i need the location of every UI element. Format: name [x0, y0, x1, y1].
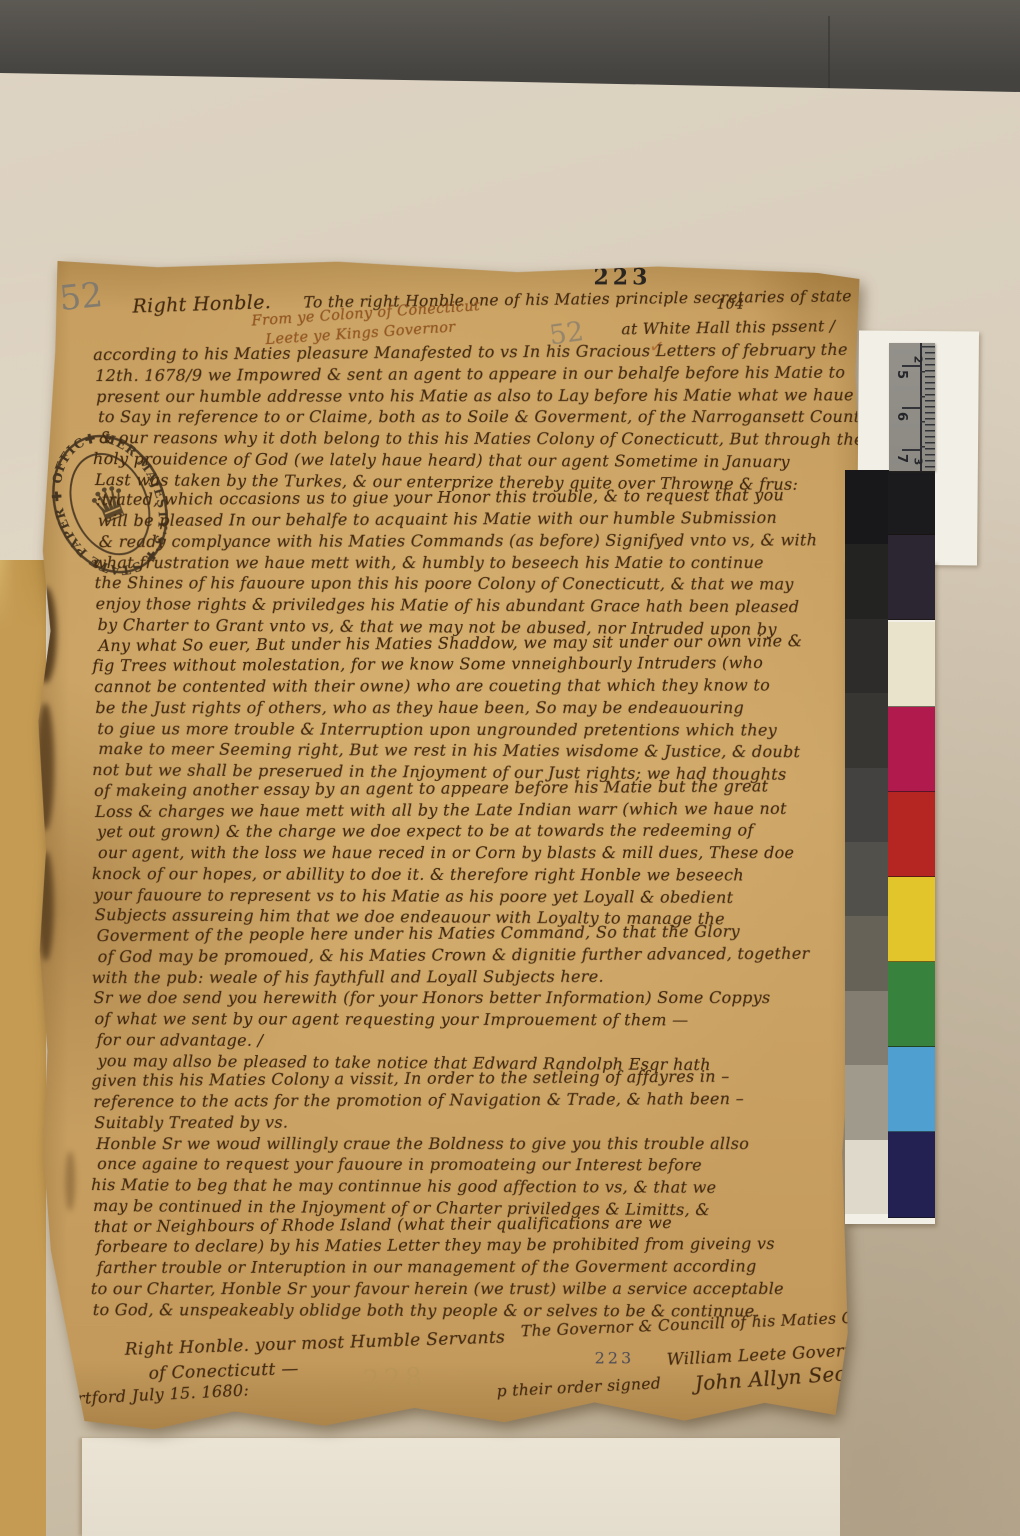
archive-photo-scene: 52 223 52 Right Honble. To the right Hon… — [0, 0, 1020, 1536]
manuscript-line: farther trouble or Interuption in our ma… — [97, 1256, 853, 1279]
letter-body: according to his Maties pleasure Manafes… — [91, 345, 856, 1322]
grayscale-step — [845, 544, 888, 618]
color-patch — [888, 535, 935, 620]
manuscript-line: enjoy those rights & priviledges his Mat… — [96, 594, 855, 618]
page-number-104: 104 — [716, 297, 744, 313]
manuscript-line: to giue us more trouble & Interruption u… — [97, 719, 854, 741]
color-patch — [888, 622, 935, 707]
color-patch — [888, 792, 935, 877]
manuscript-line: Loss & charges we haue mett with all by … — [95, 798, 854, 822]
manuscript-page: 52 223 52 Right Honble. To the right Hon… — [34, 251, 865, 1445]
grayscale-step — [845, 768, 888, 842]
manuscript-line: knock of our hopes, or abillity to doe i… — [92, 864, 854, 886]
manuscript-line: Suitably Treated by vs. — [94, 1111, 853, 1134]
bottom-backing-sheet — [82, 1438, 840, 1536]
manuscript-line: & our reasons why it doth belong to this… — [99, 428, 855, 450]
torn-edge-stain — [38, 851, 54, 961]
manuscript-page-wrap: 52 223 52 Right Honble. To the right Hon… — [34, 251, 865, 1445]
color-patch — [888, 1047, 935, 1132]
color-patch — [888, 1132, 935, 1218]
ruler-cm-number: 6 — [894, 412, 909, 421]
manuscript-line: what frustration we haue mett with, & hu… — [93, 552, 855, 573]
color-patch — [888, 707, 935, 792]
grayscale-step — [845, 991, 888, 1065]
desk-seam-line — [828, 16, 830, 88]
closing-servants: Right Honble. your most Humble Servants — [124, 1328, 505, 1360]
grayscale-step — [845, 693, 888, 767]
manuscript-line: of what we sent by our agent requesting … — [95, 1009, 854, 1031]
page-number-ink-top: 223 — [593, 264, 651, 290]
manuscript-line: make to meer Seeming right, But we rest … — [99, 739, 855, 763]
closing-place-date: Hartford July 15. 1680: — [52, 1380, 249, 1409]
manuscript-line: Honble Sr we woud willingly craue the Bo… — [96, 1133, 853, 1154]
torn-edge-stain — [36, 703, 54, 831]
manuscript-line: our agent, with the loss we haue reced i… — [98, 843, 854, 864]
manuscript-line: with the pub: weale of his faythfull and… — [92, 966, 854, 989]
manuscript-line: of makeing another essay by an agent to … — [94, 776, 855, 802]
grayscale-step — [845, 1065, 888, 1139]
grayscale-step — [845, 916, 888, 990]
manuscript-line: fig Trees without molestation, for we kn… — [92, 653, 854, 677]
ruler-inch-major-ticks — [920, 346, 925, 468]
torn-edge-stain — [34, 587, 56, 683]
manuscript-line: to our Charter, Honble Sr your favour he… — [91, 1279, 853, 1300]
page-number-ink-closing: 223 — [595, 1348, 635, 1367]
closing-per-order: p their order signed — [496, 1374, 661, 1400]
color-calibration-patches — [888, 470, 935, 1218]
ruler-cm-number: 5 — [894, 370, 909, 379]
manuscript-line: 12th. 1678/9 we Impowred & sent an agent… — [95, 362, 855, 386]
grayscale-step — [845, 842, 888, 916]
manuscript-line: according to his Maties pleasure Manafes… — [93, 340, 855, 366]
manuscript-line: Goverment of the people here under his M… — [96, 921, 853, 947]
ruler-cm-number: 7 — [894, 454, 909, 463]
grayscale-step — [845, 619, 888, 693]
folio-number-pencil: 52 — [58, 275, 105, 319]
manuscript-line: the Shines of his fauoure upon this his … — [94, 573, 854, 595]
manuscript-line: be the Just rights of others, who as the… — [96, 698, 855, 719]
paper-stain — [65, 1151, 75, 1211]
grayscale-step — [845, 1140, 888, 1214]
color-patch — [888, 877, 935, 962]
page-number-pencil-bottom: 228 — [362, 1362, 427, 1396]
ruler-inch-ticks — [925, 346, 935, 468]
grayscale-step-wedge — [845, 470, 888, 1214]
manuscript-line: Sr we doe send you herewith (for your Ho… — [93, 988, 853, 1009]
manuscript-line: holy prouidence of God (we lately haue h… — [93, 449, 855, 473]
color-patch — [888, 962, 935, 1047]
grayscale-step — [845, 470, 888, 544]
ruler: 567 23 — [889, 343, 935, 471]
manuscript-line: of God may be promoued, & his Maties Cro… — [98, 943, 854, 967]
manuscript-line: & ready complyance with his Maties Comma… — [99, 530, 855, 553]
manuscript-line: cannot be contented with their owne) who… — [94, 675, 854, 698]
ruler-inch-number: 2 — [912, 356, 925, 364]
manuscript-line: for our advantage. / — [96, 1030, 853, 1054]
manuscript-line: reference to the acts for the promotion … — [93, 1088, 853, 1112]
manuscript-line: present our humble addresse vnto his Mat… — [96, 385, 855, 408]
manuscript-line: yet out grown) & the charge we doe expec… — [97, 820, 854, 843]
ruler-inch-number: 3 — [912, 458, 925, 466]
manuscript-line: to Say in reference to or Claime, both a… — [98, 407, 855, 428]
manuscript-line: will be pleased In our behalfe to acquai… — [98, 508, 855, 532]
closing-of-colony: of Conecticutt — — [148, 1359, 299, 1384]
manuscript-line: forbeare to declare) by his Maties Lette… — [96, 1234, 853, 1258]
color-patch — [888, 470, 935, 535]
manuscript-line: his Matie to beg that he may continnue h… — [91, 1175, 853, 1199]
manuscript-line: once againe to request your fauoure in p… — [98, 1154, 854, 1176]
